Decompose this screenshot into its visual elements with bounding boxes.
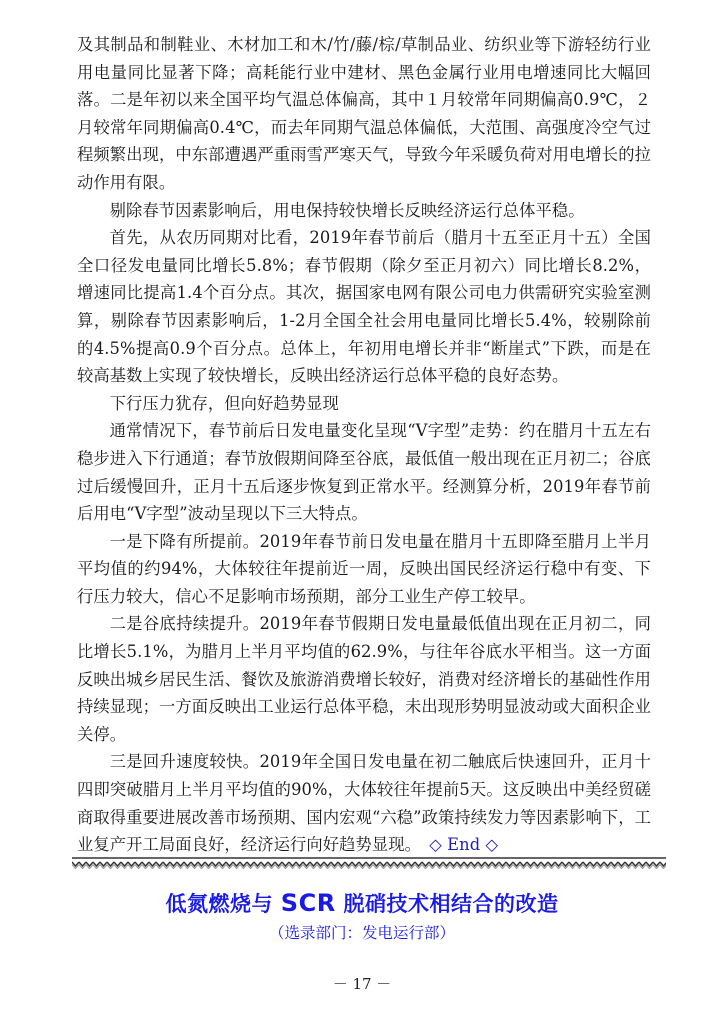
- divider-rule: [72, 857, 666, 859]
- section-divider: [72, 857, 666, 869]
- paragraph-lunar-comparison: 首先，从农历同期对比看，2019年春节前后（腊月十五至正月十五）全国全口径发电量…: [77, 224, 651, 390]
- end-mark: ◇ End ◇: [413, 835, 498, 854]
- paragraph-continued: 及其制品和制鞋业、木材加工和木/竹/藤/棕/草制品业、纺织业等下游轻纺行业用电量…: [77, 31, 651, 197]
- title-latin: SCR: [281, 889, 336, 917]
- document-page: 及其制品和制鞋业、木材加工和木/竹/藤/棕/草制品业、纺织业等下游轻纺行业用电量…: [0, 0, 724, 1024]
- title-part-1: 低氮燃烧与: [165, 892, 280, 916]
- paragraph-subheading-seasonal: 剔除春节因素影响后，用电保持较快增长反映经济运行总体平稳。: [77, 197, 651, 225]
- page-number: － 17 －: [0, 973, 724, 994]
- paragraph-subheading-pressure: 下行压力犹存，但向好趋势显现: [77, 390, 651, 418]
- paragraph-v-shape: 通常情况下，春节前后日发电量变化呈现“V字型”走势：约在腊月十五左右稳步进入下行…: [77, 417, 651, 527]
- paragraph-point-three: 三是回升速度较快。2019年全国日发电量在初二触底后快速回升，正月十四即突破腊月…: [77, 748, 651, 858]
- next-article-title: 低氮燃烧与 SCR 脱硝技术相结合的改造: [0, 888, 724, 918]
- title-part-2: 脱硝技术相结合的改造: [336, 892, 559, 916]
- paragraph-point-two: 二是谷底持续提升。2019年春节假期日发电量最低值出现在正月初二，同比增长5.1…: [77, 610, 651, 748]
- next-article-subtitle: （选录部门：发电运行部）: [0, 921, 724, 943]
- article-body: 及其制品和制鞋业、木材加工和木/竹/藤/棕/草制品业、纺织业等下游轻纺行业用电量…: [77, 31, 651, 859]
- zigzag-border-icon: [72, 860, 666, 869]
- paragraph-point-three-text: 三是回升速度较快。2019年全国日发电量在初二触底后快速回升，正月十四即突破腊月…: [77, 752, 651, 854]
- paragraph-point-one: 一是下降有所提前。2019年春节前日发电量在腊月十五即降至腊月上半月平均值的约9…: [77, 528, 651, 611]
